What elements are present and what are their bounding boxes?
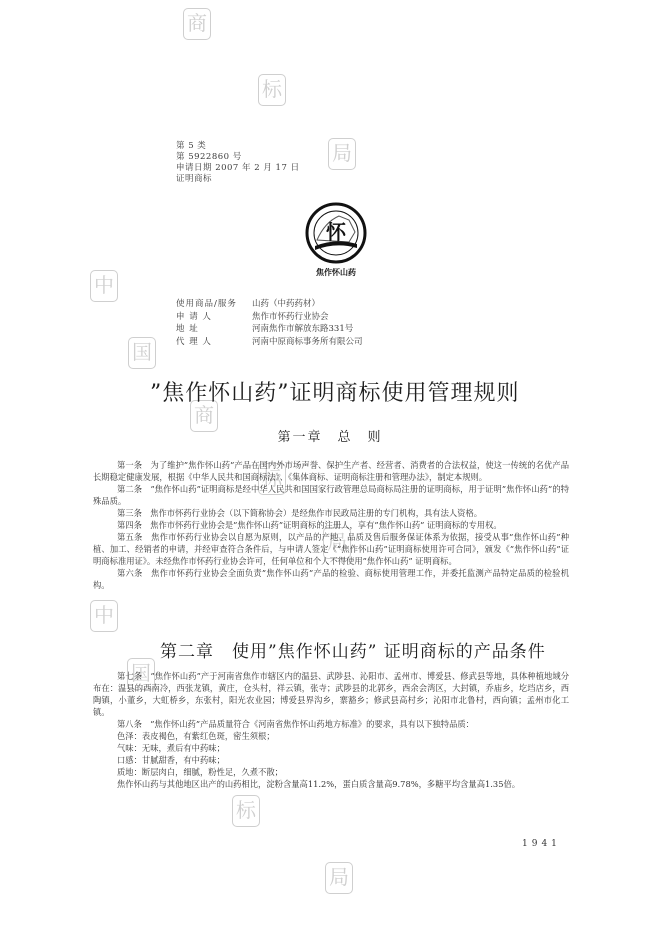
applicant-info: 使用商品/服务 山药（中药药材） 申 请 人 焦作市怀药行业协会 地 址 河南焦… — [176, 298, 363, 348]
chapter-2-body: 第七条 ”焦作怀山药”产于河南省焦作市辖区内的温县、武陟县、沁阳市、孟州市、博爱… — [93, 670, 569, 790]
article-3: 第三条 焦作市怀药行业协会（以下简称协会）是经焦作市民政局注册的专门机构，具有法… — [93, 507, 569, 519]
logo-caption: 焦作怀山药 — [296, 267, 376, 278]
field-value: 山药（中药药材） — [252, 298, 320, 311]
application-date: 申请日期 2007 年 2 月 17 日 — [176, 163, 300, 174]
field-label: 申 请 人 — [176, 311, 252, 324]
watermark-stamp-icon: 中 — [90, 270, 118, 302]
watermark-stamp-icon: 中 — [90, 600, 118, 632]
page-number: 1941 — [522, 839, 561, 849]
field-label: 代 理 人 — [176, 336, 252, 349]
goods-services-row: 使用商品/服务 山药（中药药材） — [176, 298, 363, 311]
agent-row: 代 理 人 河南中原商标事务所有限公司 — [176, 336, 363, 349]
chapter-1-heading: 第一章 总 则 — [0, 426, 660, 445]
watermark-stamp-icon: 商 — [183, 8, 211, 40]
watermark-stamp-icon: 国 — [128, 337, 156, 369]
field-label: 使用商品/服务 — [176, 298, 252, 311]
watermark-stamp-icon: 标 — [232, 795, 260, 827]
article-5: 第五条 焦作市怀药行业协会以自愿为原则，以产品的产地、品质及售后服务保证体系为依… — [93, 531, 569, 567]
applicant-row: 申 请 人 焦作市怀药行业协会 — [176, 311, 363, 324]
quality-color: 色泽：表皮褐色，有紫红色斑，密生须根； — [93, 730, 569, 742]
trademark-logo-icon: 怀 — [305, 202, 367, 264]
trademark-meta: 第 5 类 第 5922860 号 申请日期 2007 年 2 月 17 日 证… — [176, 141, 300, 185]
field-value: 河南焦作市解放东路331号 — [252, 323, 353, 336]
quality-texture: 质地：断层肉白，细腻，粉性足，久煮不散； — [93, 766, 569, 778]
watermark-stamp-icon: 标 — [258, 74, 286, 106]
article-2: 第二条 ”焦作怀山药”证明商标是经中华人民共和国国家行政管理总局商标局注册的证明… — [93, 483, 569, 507]
chapter-2-heading: 第二章 使用”焦作怀山药” 证明商标的产品条件 — [160, 637, 580, 662]
address-row: 地 址 河南焦作市解放东路331号 — [176, 323, 363, 336]
document-title: ”焦作怀山药”证明商标使用管理规则 — [150, 376, 570, 407]
field-label: 地 址 — [176, 323, 252, 336]
chapter-1-body: 第一条 为了维护”焦作怀山药”产品在国内外市场声誉、保护生产者、经营者、消费者的… — [93, 459, 569, 591]
article-1: 第一条 为了维护”焦作怀山药”产品在国内外市场声誉、保护生产者、经营者、消费者的… — [93, 459, 569, 483]
registration-number: 第 5922860 号 — [176, 152, 300, 163]
article-6: 第六条 焦作市怀药行业协会全面负责”焦作怀山药”产品的检验、商标使用管理工作，并… — [93, 567, 569, 591]
field-value: 焦作市怀药行业协会 — [252, 311, 329, 324]
quality-comparison: 焦作怀山药与其他地区出产的山药相比，淀粉含量高11.2%，蛋白质含量高9.78%… — [93, 778, 569, 790]
watermark-stamp-icon: 局 — [325, 862, 353, 894]
quality-smell: 气味：无味，煮后有中药味； — [93, 742, 569, 754]
mark-type: 证明商标 — [176, 174, 300, 185]
quality-taste: 口感：甘腻甜香，有中药味； — [93, 754, 569, 766]
svg-text:怀: 怀 — [325, 220, 347, 244]
article-8: 第八条 ”焦作怀山药”产品质量符合《河南省焦作怀山药地方标准》的要求，具有以下独… — [93, 718, 569, 730]
article-4: 第四条 焦作市怀药行业协会是”焦作怀山药”证明商标的注册人，享有”焦作怀山药” … — [93, 519, 569, 531]
field-value: 河南中原商标事务所有限公司 — [252, 336, 363, 349]
article-7: 第七条 ”焦作怀山药”产于河南省焦作市辖区内的温县、武陟县、沁阳市、孟州市、博爱… — [93, 670, 569, 718]
watermark-stamp-icon: 局 — [328, 138, 356, 170]
class-number: 第 5 类 — [176, 141, 300, 152]
